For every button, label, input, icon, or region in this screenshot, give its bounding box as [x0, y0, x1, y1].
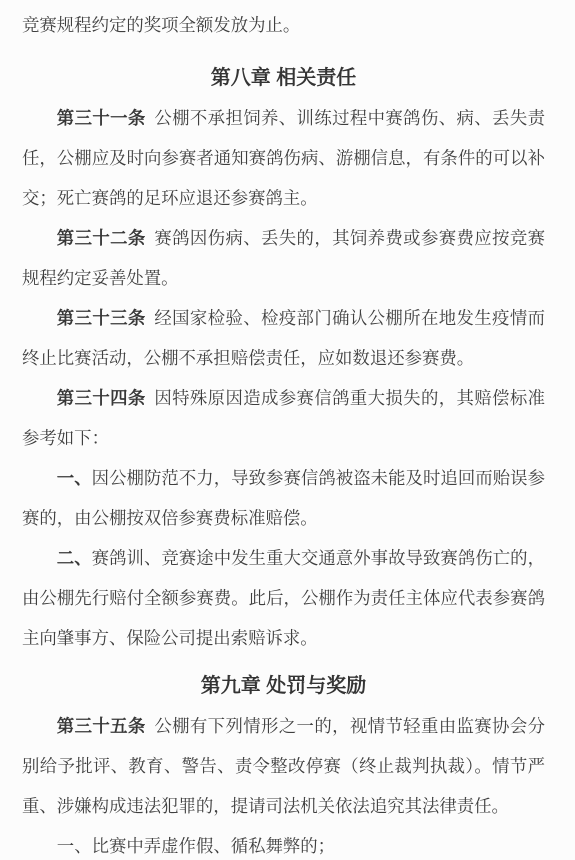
article-35-label: 第三十五条 — [57, 716, 146, 736]
list-item-1: 一、因公棚防范不力，导致参赛信鸽被盗未能及时追回而贻误参赛的，由公棚按双倍参赛费… — [22, 458, 545, 538]
article-31-label: 第三十一条 — [57, 108, 146, 128]
list-item-2-marker: 二、 — [57, 548, 92, 568]
document-page: 竞赛规程约定的奖项全额发放为止。 第八章 相关责任 第三十一条公棚不承担饲养、训… — [0, 0, 575, 860]
list-item-3-body: 比赛中弄虚作假、循私舞弊的； — [92, 836, 335, 856]
list-item-2-body: 赛鸽训、竞赛途中发生重大交通意外事故导致赛鸽伤亡的，由公棚先行赔付全额参赛费。此… — [22, 548, 545, 648]
list-item-1-marker: 一、 — [57, 468, 92, 488]
list-item-3: 一、比赛中弄虚作假、循私舞弊的； — [22, 826, 545, 860]
article-34: 第三十四条因特殊原因造成参赛信鸽重大损失的，其赔偿标准参考如下： — [22, 378, 545, 458]
article-33: 第三十三条经国家检验、检疫部门确认公棚所在地发生疫情而终止比赛活动，公棚不承担赔… — [22, 298, 545, 378]
chapter-8-heading: 第八章 相关责任 — [22, 58, 545, 98]
article-32-label: 第三十二条 — [57, 228, 146, 248]
article-34-label: 第三十四条 — [57, 388, 146, 408]
article-33-label: 第三十三条 — [57, 308, 146, 328]
list-item-2: 二、赛鸽训、竞赛途中发生重大交通意外事故导致赛鸽伤亡的，由公棚先行赔付全额参赛费… — [22, 538, 545, 658]
chapter-9-heading: 第九章 处罚与奖励 — [22, 666, 545, 706]
article-35: 第三十五条公棚有下列情形之一的，视情节轻重由监赛协会分别给予批评、教育、警告、责… — [22, 706, 545, 826]
list-item-1-body: 因公棚防范不力，导致参赛信鸽被盗未能及时追回而贻误参赛的，由公棚按双倍参赛费标准… — [22, 468, 545, 528]
article-31: 第三十一条公棚不承担饲养、训练过程中赛鸽伤、病、丢失责任，公棚应及时向参赛者通知… — [22, 98, 545, 218]
list-item-3-marker: 一、 — [57, 836, 92, 856]
continuation-line: 竞赛规程约定的奖项全额发放为止。 — [22, 5, 545, 45]
article-32: 第三十二条赛鸽因伤病、丢失的，其饲养费或参赛费应按竞赛规程约定妥善处置。 — [22, 218, 545, 298]
